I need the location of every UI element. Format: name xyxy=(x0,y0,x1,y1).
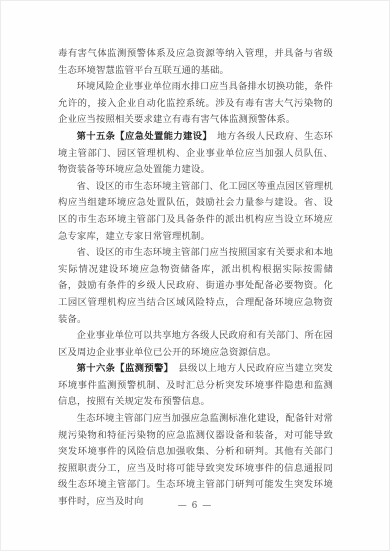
paragraph-rain-outlet: 环境风险企业事业单位雨水排口应当具备排水切换功能，条件允许的，接入企业自动化监控… xyxy=(58,79,333,129)
article-16-heading: 第十六条【监测预警】 xyxy=(77,363,169,374)
paragraph-material-reserves: 省、设区的市生态环境主管部门应当按照国家有关要求和本地实际情况建设环境应急物资储… xyxy=(58,245,333,328)
paragraph-emergency-teams: 省、设区的市生态环境主管部门、化工园区等重点园区管理机构应当组建环境应急处置队伍… xyxy=(58,179,333,245)
document-page: 毒有害气体监测预警体系及应急资源等纳入管理，并具备与省级生态环境智慧监管平台互联… xyxy=(0,0,390,551)
document-body: 毒有害气体监测预警体系及应急资源等纳入管理，并具备与省级生态环境智慧监管平台互联… xyxy=(58,46,333,511)
paragraph-shared-resources: 企业事业单位可以共享地方各级人民政府和有关部门、所在园区及周边企业事业单位已公开… xyxy=(58,328,333,361)
article-15-heading: 第十五条【应急处置能力建设】 xyxy=(77,131,208,142)
paragraph-article-15: 第十五条【应急处置能力建设】 地方各级人民政府、生态环境主管部门、园区管理机构、… xyxy=(58,129,333,179)
page-footer: — 6 — xyxy=(1,493,389,512)
paragraph-article-16: 第十六条【监测预警】 县级以上地方人民政府应当建立突发环境事件监测预警机制、及时… xyxy=(58,361,333,411)
page-number: — 6 — xyxy=(178,501,212,511)
paragraph-continuation: 毒有害气体监测预警体系及应急资源等纳入管理，并具备与省级生态环境智慧监管平台互联… xyxy=(58,46,333,79)
